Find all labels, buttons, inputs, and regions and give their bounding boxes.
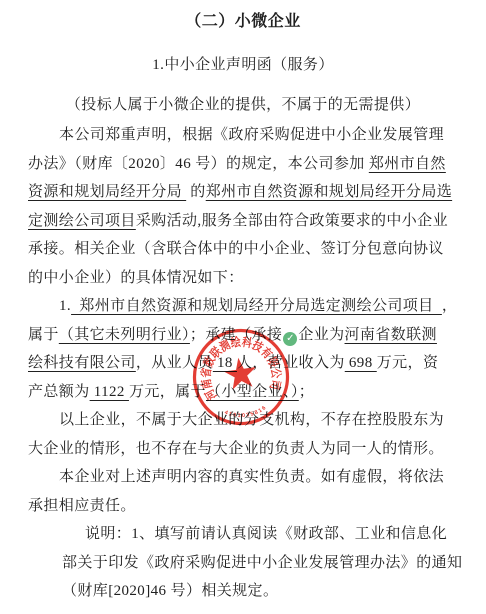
section-heading: （二）小微企业 bbox=[28, 0, 458, 32]
text-run: 企业为 bbox=[298, 327, 344, 343]
text-run: 的中小企业）的具体情况如下： bbox=[28, 270, 244, 286]
text-run: 人，营业收入为 bbox=[237, 355, 345, 371]
document-title: 1.中小企业声明函（服务） bbox=[28, 55, 458, 75]
text-line: 定测绘公司项目采购活动,服务全部由符合政策要求的中小企业 bbox=[28, 207, 458, 236]
underlined-field: 698 bbox=[345, 355, 377, 371]
document-content: （二）小微企业 1.中小企业声明函（服务） （投标人属于小微企业的提供，不属于的… bbox=[0, 0, 486, 606]
declaration-body: 本公司郑重声明，根据《政府采购促进中小企业发展管理办法》（财库〔2020〕46 … bbox=[28, 121, 458, 606]
underlined-field: 资源和规划局经开分局 bbox=[28, 184, 186, 200]
text-run: 的 bbox=[186, 184, 206, 200]
text-line: 资源和规划局经开分局 的郑州市自然资源和规划局经开分局选 bbox=[28, 178, 458, 207]
text-run: 万元，属于 bbox=[129, 384, 206, 400]
text-run: 万元，资 bbox=[377, 355, 439, 371]
underlined-field: 18 bbox=[213, 355, 237, 371]
text-line: 说明：1、填写前请认真阅读《财政部、工业和信息化 bbox=[28, 520, 458, 549]
text-line: 部关于印发《政府采购促进中小企业发展管理办法》的通知 bbox=[28, 549, 458, 578]
text-line: 大企业的情形，也不存在与大企业的负责人为同一人的情形。 bbox=[28, 435, 458, 464]
declaration-document-page: （二）小微企业 1.中小企业声明函（服务） （投标人属于小微企业的提供，不属于的… bbox=[0, 0, 486, 614]
underlined-field: 郑州市自然资源和规划局经开分局选定测绘公司项目 bbox=[71, 298, 442, 314]
text-line: 属于（其它未列明行业）；承建（承接✓企业为河南省数联测 bbox=[28, 321, 458, 350]
text-line: 本企业对上述声明内容的真实性负责。如有虚假，将依法 bbox=[28, 463, 458, 492]
underlined-field: 河南省数联测 bbox=[345, 327, 437, 343]
text-run: ，从业人员 bbox=[136, 355, 213, 371]
text-run: 采购活动,服务全部由符合政策要求的中小企业 bbox=[136, 213, 448, 229]
text-line: 以上企业，不属于大企业的分支机构，不存在控股股东为 bbox=[28, 406, 458, 435]
text-run: 以上企业，不属于大企业的分支机构，不存在控股股东为 bbox=[59, 412, 444, 428]
underlined-field: 郑州市自然 bbox=[369, 156, 446, 172]
text-run: 产总额为 bbox=[28, 384, 90, 400]
underlined-field: 绘科技有限公司 bbox=[28, 355, 136, 371]
text-line: 的中小企业）的具体情况如下： bbox=[28, 264, 458, 293]
underlined-field: （其它未列明行业） bbox=[59, 327, 190, 343]
text-line: 办法》（财库〔2020〕46 号）的规定，本公司参加 郑州市自然 bbox=[28, 150, 458, 179]
text-run: 承担相应责任。 bbox=[28, 498, 136, 514]
text-line: 本公司郑重声明，根据《政府采购促进中小企业发展管理 bbox=[28, 121, 458, 150]
text-line: 承接。相关企业（含联合体中的中小企业、签订分包意向协议 bbox=[28, 235, 458, 264]
text-run: 本企业对上述声明内容的真实性负责。如有虚假，将依法 bbox=[59, 469, 444, 485]
underlined-field: 郑州市自然资源和规划局经开分局选 bbox=[206, 184, 452, 200]
underlined-field: 定测绘公司项目 bbox=[28, 213, 136, 229]
text-run: 办法》（财库〔2020〕46 号）的规定，本公司参加 bbox=[28, 156, 369, 172]
text-line: 1. 郑州市自然资源和规划局经开分局选定测绘公司项目 ， bbox=[28, 292, 458, 321]
text-run: （财库[2020]46 号）相关规定。 bbox=[62, 583, 278, 599]
text-run: 本公司郑重声明，根据《政府采购促进中小企业发展管理 bbox=[59, 127, 444, 143]
applicability-note: （投标人属于小微企业的提供，不属于的无需提供） bbox=[28, 95, 458, 115]
text-run: 部关于印发《政府采购促进中小企业发展管理办法》的通知 bbox=[62, 555, 462, 571]
underlined-field: （小型企业、） bbox=[206, 384, 299, 400]
text-line: 承担相应责任。 bbox=[28, 492, 458, 521]
text-run: 属于 bbox=[28, 327, 59, 343]
text-run: 1. bbox=[59, 298, 71, 314]
text-run: 承接。相关企业（含联合体中的中小企业、签订分包意向协议 bbox=[28, 241, 444, 257]
text-run: ；承建（承接 bbox=[190, 327, 282, 343]
underlined-field: 1122 bbox=[90, 384, 129, 400]
text-line: 绘科技有限公司，从业人员 18 人，营业收入为 698 万元，资 bbox=[28, 349, 458, 378]
text-line: （财库[2020]46 号）相关规定。 bbox=[28, 577, 458, 606]
check-circle-icon: ✓ bbox=[283, 332, 297, 346]
text-run: 大企业的情形，也不存在与大企业的负责人为同一人的情形。 bbox=[28, 441, 444, 457]
text-line: 产总额为 1122 万元，属于（小型企业、）； bbox=[28, 378, 458, 407]
text-run: 说明：1、填写前请认真阅读《财政部、工业和信息化 bbox=[85, 526, 447, 542]
text-run: ， bbox=[442, 298, 457, 314]
text-run: ； bbox=[299, 384, 314, 400]
